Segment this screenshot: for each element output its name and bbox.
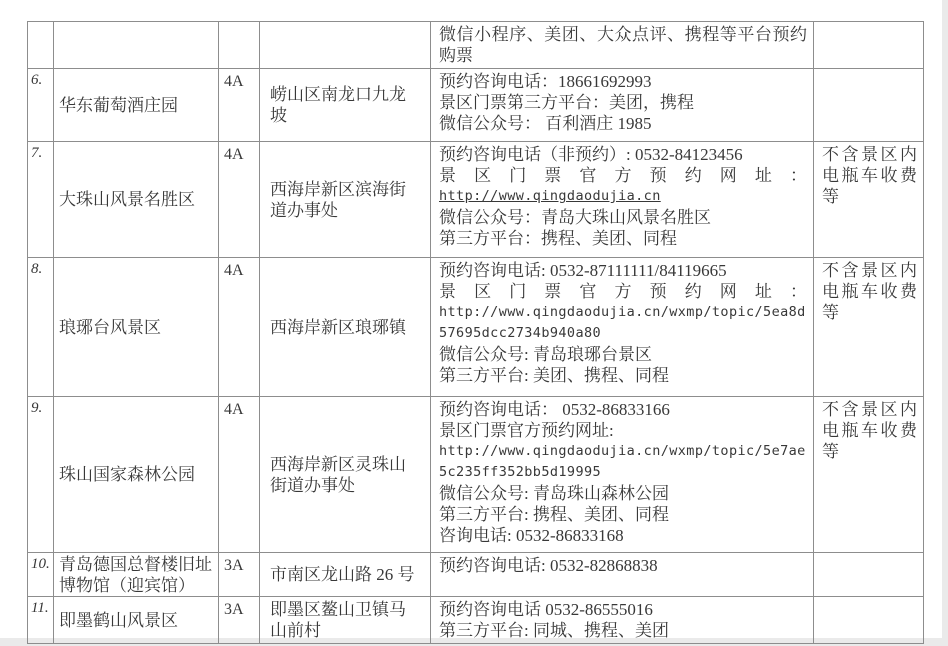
cell-address: 西海岸新区琅琊镇 [260, 258, 431, 397]
table-row-continuation: 微信小程序、美团、大众点评、携程等平台预约购票 [28, 22, 924, 69]
cell-booking: 预约咨询电话 0532-86555016 第三方平台: 同城、携程、美团 [431, 597, 814, 644]
cell-name: 华东葡萄酒庄园 [54, 69, 219, 142]
booking-line: 预约咨询电话： 0532-86833166 [439, 399, 807, 420]
booking-line: 微信公众号: 青岛珠山森林公园 [439, 483, 807, 504]
cell-address: 西海岸新区滨海街道办事处 [260, 142, 431, 258]
cell-name: 琅琊台风景区 [54, 258, 219, 397]
cell-booking: 预约咨询电话： 0532-86833166 景区门票官方预约网址: http:/… [431, 397, 814, 553]
booking-line: 预约咨询电话：18661692993 [439, 71, 807, 92]
cell-number: 8. [28, 258, 54, 397]
booking-line: 预约咨询电话 0532-86555016 [439, 599, 807, 620]
booking-line: 微信公众号： 百利酒庄 1985 [439, 113, 807, 134]
cell-name: 珠山国家森林公园 [54, 397, 219, 553]
booking-line: 第三方平台: 美团、携程、同程 [439, 365, 807, 386]
cell-rating: 4A [219, 142, 260, 258]
cell-name: 青岛德国总督楼旧址博物馆（迎宾馆） [54, 553, 219, 597]
booking-line: 预约咨询电话: 0532-82868838 [439, 555, 807, 576]
cell-rating: 3A [219, 553, 260, 597]
cell-booking: 预约咨询电话: 0532-87111111/84119665 景区门票官方预约网… [431, 258, 814, 397]
booking-url: http://www.qingdaodujia.cn/wxmp/topic/5e… [439, 302, 807, 344]
cell-number: 10. [28, 553, 54, 597]
page-edge-right [942, 0, 948, 646]
booking-line: 微信公众号：青岛大珠山风景名胜区 [439, 207, 807, 228]
cell-address: 西海岸新区灵珠山街道办事处 [260, 397, 431, 553]
cell-number: 9. [28, 397, 54, 553]
booking-line: 第三方平台：携程、美团、同程 [439, 228, 807, 249]
cell-address [260, 22, 431, 69]
cell-notes: 不含景区内电瓶车收费等 [814, 258, 924, 397]
cell-notes [814, 69, 924, 142]
cell-name: 即墨鹤山风景区 [54, 597, 219, 644]
cell-number: 11. [28, 597, 54, 644]
cell-rating: 4A [219, 258, 260, 397]
cell-address: 崂山区南龙口九龙坡 [260, 69, 431, 142]
document-page: { "document": { "page_background": "#fff… [0, 0, 948, 646]
cell-booking: 预约咨询电话: 0532-82868838 [431, 553, 814, 597]
booking-line: 预约咨询电话: 0532-87111111/84119665 [439, 260, 807, 281]
scenic-area-table: 微信小程序、美团、大众点评、携程等平台预约购票 6. 华东葡萄酒庄园 4A 崂山… [27, 21, 924, 644]
booking-line: 景区门票第三方平台：美团，携程 [439, 92, 807, 113]
booking-line: 第三方平台: 同城、携程、美团 [439, 620, 807, 641]
cell-address: 市南区龙山路 26 号 [260, 553, 431, 597]
booking-line: 微信小程序、美团、大众点评、携程等平台预约购票 [439, 24, 807, 66]
booking-line: 咨询电话: 0532-86833168 [439, 525, 807, 546]
booking-line: 第三方平台: 携程、美团、同程 [439, 504, 807, 525]
table-row-8: 8. 琅琊台风景区 4A 西海岸新区琅琊镇 预约咨询电话: 0532-87111… [28, 258, 924, 397]
cell-booking: 预约咨询电话（非预约）: 0532-84123456 景区门票官方预约网址： h… [431, 142, 814, 258]
cell-booking: 微信小程序、美团、大众点评、携程等平台预约购票 [431, 22, 814, 69]
cell-notes [814, 553, 924, 597]
cell-rating: 4A [219, 397, 260, 553]
booking-url: http://www.qingdaodujia.cn/wxmp/topic/5e… [439, 441, 807, 483]
doc-link[interactable]: http://www.qingdaodujia.cn [439, 186, 807, 207]
cell-booking: 预约咨询电话：18661692993 景区门票第三方平台：美团，携程 微信公众号… [431, 69, 814, 142]
cell-name: 大珠山风景名胜区 [54, 142, 219, 258]
cell-notes: 不含景区内电瓶车收费等 [814, 397, 924, 553]
booking-line: 微信公众号: 青岛琅琊台景区 [439, 344, 807, 365]
cell-rating [219, 22, 260, 69]
table-row-11: 11. 即墨鹤山风景区 3A 即墨区鳌山卫镇马山前村 预约咨询电话 0532-8… [28, 597, 924, 644]
booking-line: 预约咨询电话（非预约）: 0532-84123456 [439, 144, 807, 165]
cell-name [54, 22, 219, 69]
cell-number: 6. [28, 69, 54, 142]
table-row-9: 9. 珠山国家森林公园 4A 西海岸新区灵珠山街道办事处 预约咨询电话： 053… [28, 397, 924, 553]
cell-rating: 4A [219, 69, 260, 142]
cell-number [28, 22, 54, 69]
table-row-10: 10. 青岛德国总督楼旧址博物馆（迎宾馆） 3A 市南区龙山路 26 号 预约咨… [28, 553, 924, 597]
table-row-6: 6. 华东葡萄酒庄园 4A 崂山区南龙口九龙坡 预约咨询电话：186616929… [28, 69, 924, 142]
cell-notes [814, 22, 924, 69]
cell-address: 即墨区鳌山卫镇马山前村 [260, 597, 431, 644]
booking-line: 景区门票官方预约网址： [439, 165, 807, 186]
cell-notes [814, 597, 924, 644]
booking-line: 景区门票官方预约网址: [439, 420, 807, 441]
table-row-7: 7. 大珠山风景名胜区 4A 西海岸新区滨海街道办事处 预约咨询电话（非预约）:… [28, 142, 924, 258]
cell-notes: 不含景区内电瓶车收费等 [814, 142, 924, 258]
cell-rating: 3A [219, 597, 260, 644]
cell-number: 7. [28, 142, 54, 258]
booking-line: 景区门票官方预约网址： [439, 281, 807, 302]
